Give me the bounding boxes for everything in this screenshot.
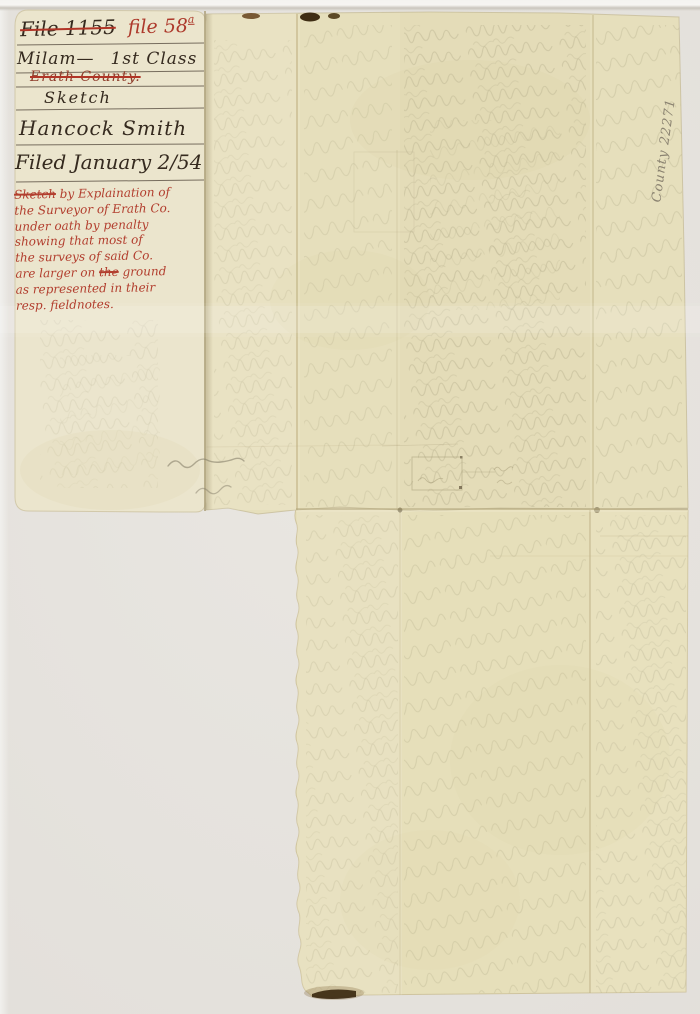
ghost-writing-upper xyxy=(206,12,682,510)
file-number-new: file 58a xyxy=(127,15,194,39)
county-name-struck: Erath County. xyxy=(30,69,141,85)
file-number-superscript: a xyxy=(188,13,195,26)
class-label: 1st Class xyxy=(111,49,198,69)
doc-type-label: Sketch xyxy=(44,88,112,107)
burn-mark-halo xyxy=(304,986,364,1000)
lower-sheet xyxy=(295,507,688,1000)
upper-sheet xyxy=(206,12,688,514)
district-label: Milam— xyxy=(17,49,95,69)
ghost-writing-lower xyxy=(297,507,688,995)
surveyor-memo: Sketch by Explaination of the Surveyor o… xyxy=(14,184,214,314)
scan-background: File 1155file 58a Milam—1st Class Erath … xyxy=(0,0,700,1014)
claimant-name: Hancock Smith xyxy=(19,116,187,140)
filed-date: Filed January 2/54 xyxy=(15,150,202,174)
file-number-row: File 1155file 58a xyxy=(20,13,195,42)
file-number-old: File 1155 xyxy=(20,15,116,41)
fold-dot xyxy=(594,507,600,513)
district-class-row: Milam—1st Class xyxy=(17,49,197,69)
